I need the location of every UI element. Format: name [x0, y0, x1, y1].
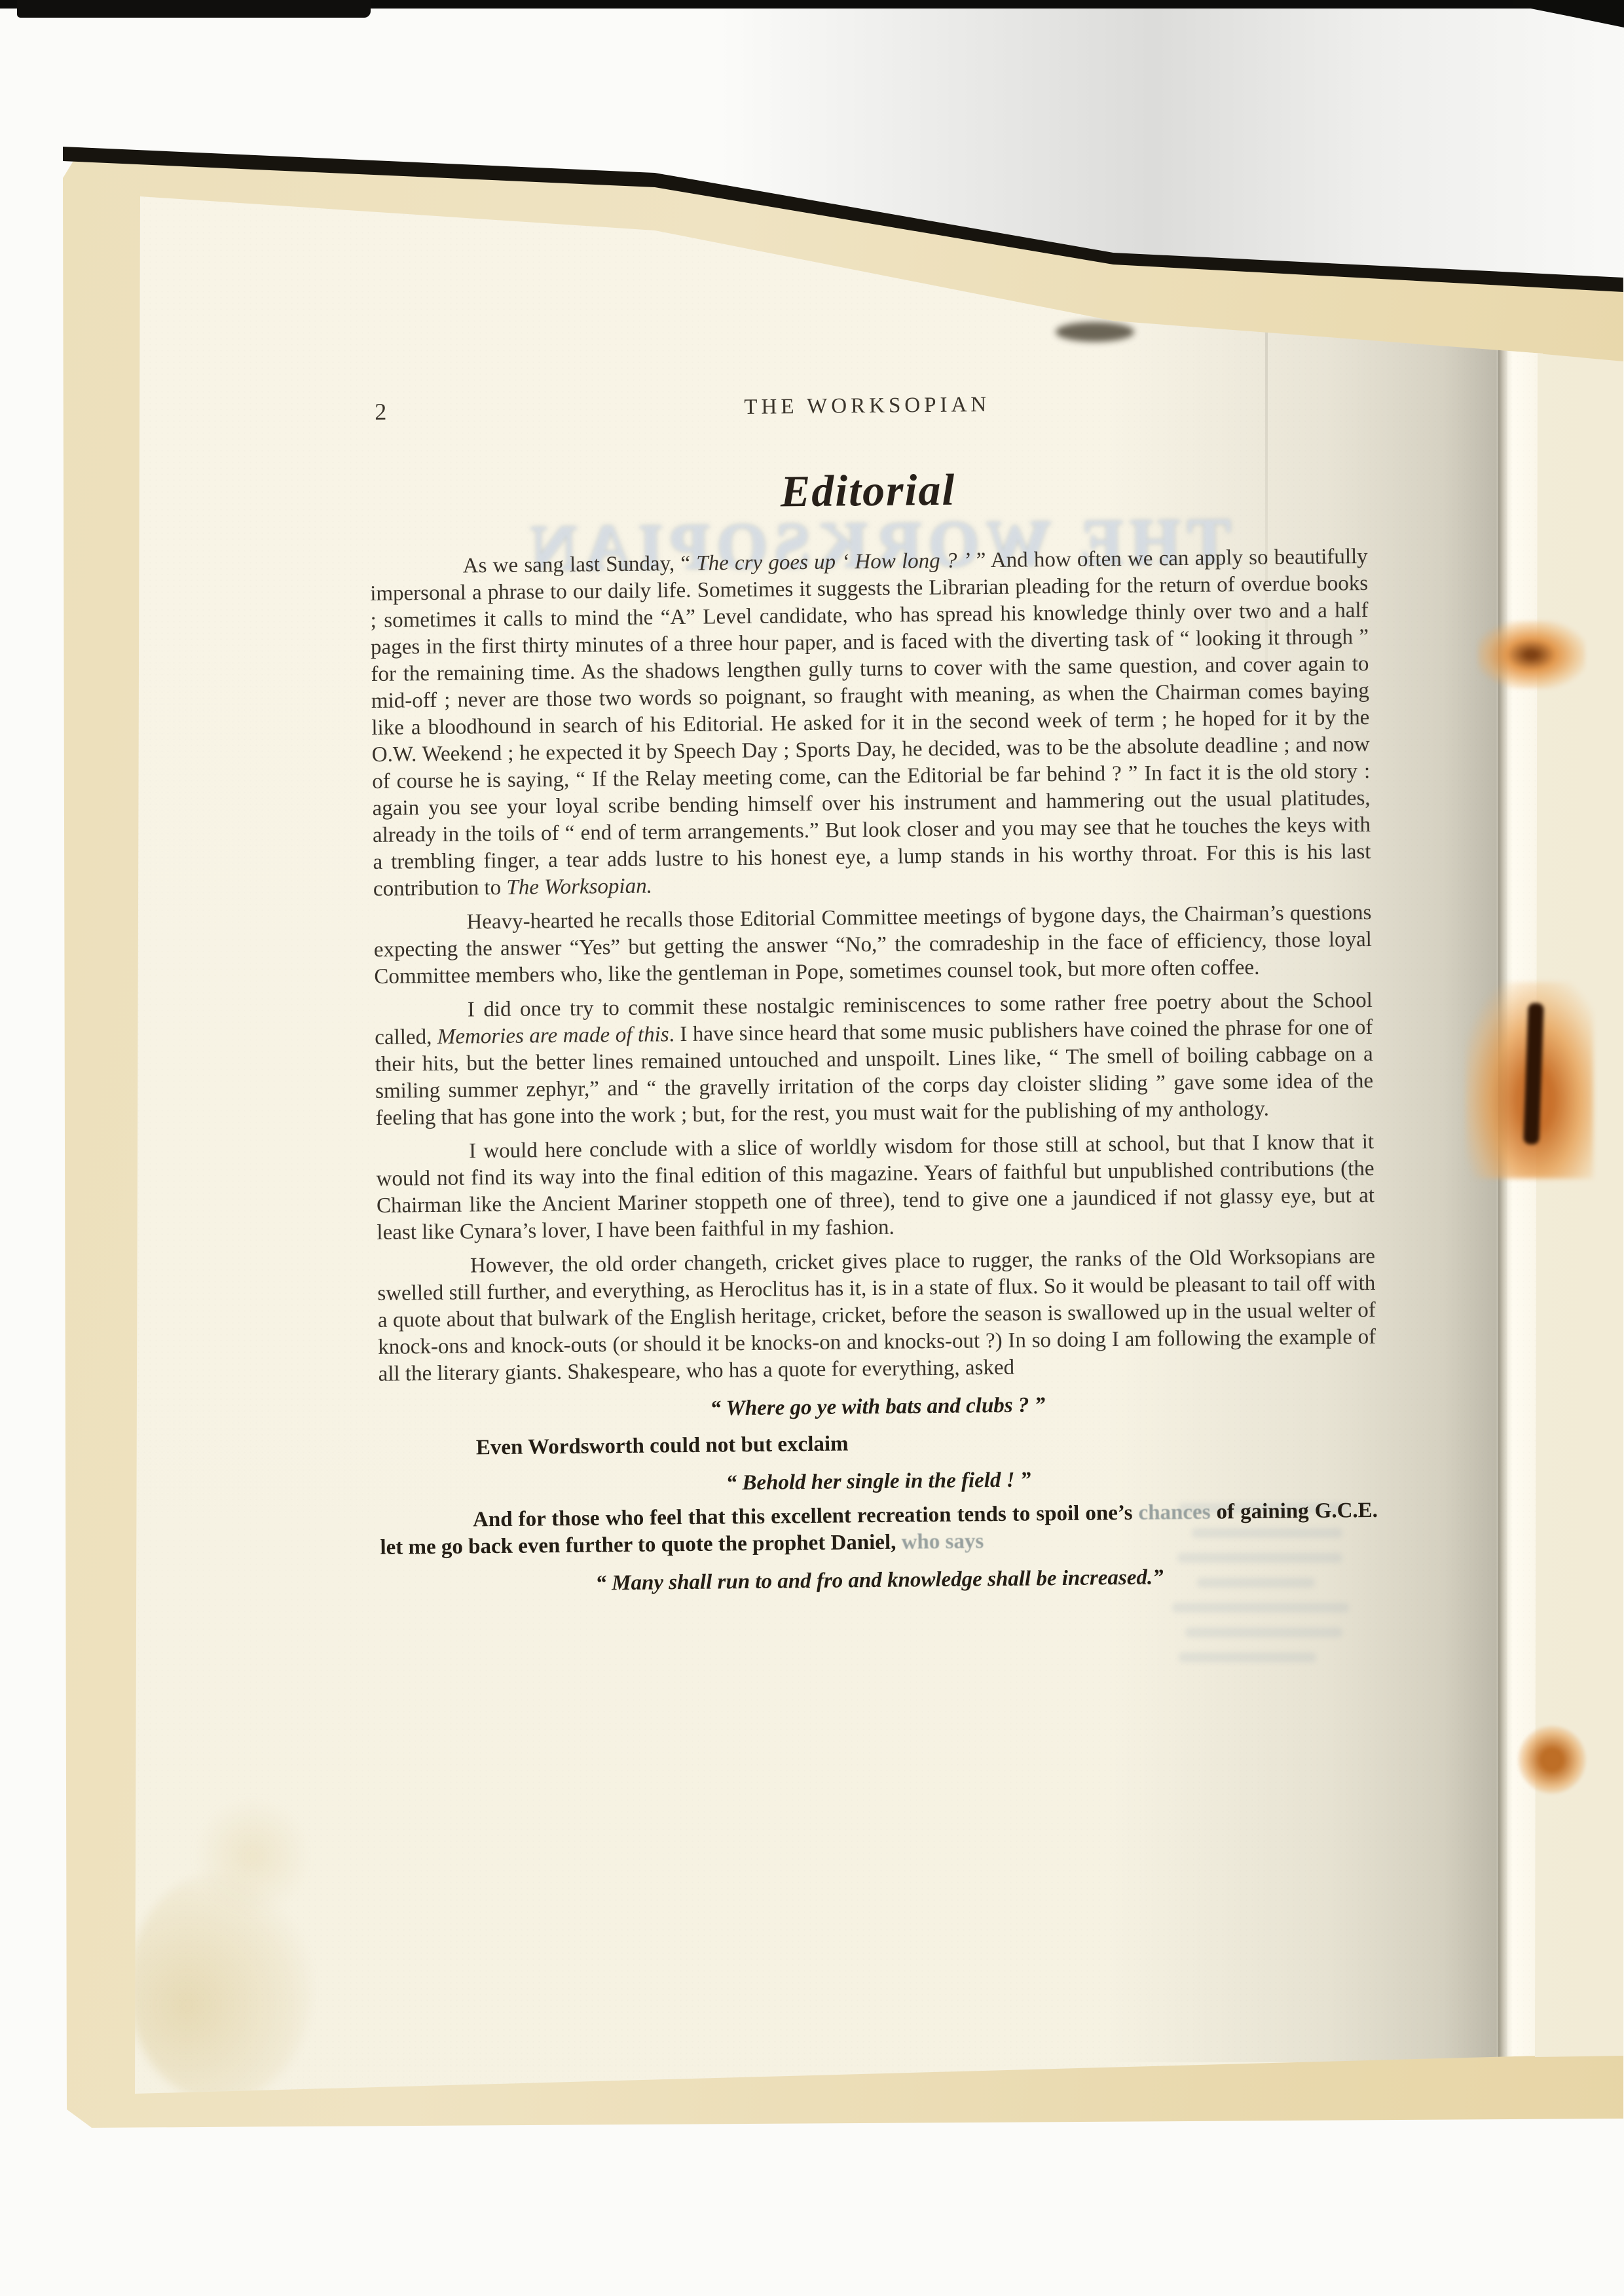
- editorial-paragraph: I would here conclude with a slice of wo…: [376, 1129, 1375, 1247]
- quotation-line: “ Behold her single in the field ! ”: [379, 1463, 1377, 1501]
- editorial-paragraph: As we sang last Sunday, “ The cry goes u…: [370, 543, 1371, 903]
- page-number: 2: [375, 398, 386, 426]
- editorial-body: As we sang last Sunday, “ The cry goes u…: [370, 543, 1379, 1603]
- quotation-line: “ Where go ye with bats and clubs ? ”: [378, 1389, 1376, 1426]
- running-head: THE WORKSOPIAN: [368, 389, 1366, 424]
- editorial-paragraph: And for those who feel that this excelle…: [380, 1497, 1378, 1561]
- page-curl-shadow: [1107, 216, 1507, 2062]
- editorial-paragraph: Even Wordsworth could not but exclaim: [379, 1425, 1377, 1463]
- page-top-edge-smudge: [1056, 322, 1134, 342]
- editorial-paragraph: Heavy-hearted he recalls those Editorial…: [373, 900, 1372, 991]
- water-stain-bottom-left-upper: [196, 1794, 308, 1918]
- ghost-showthrough-lines: [1159, 1503, 1395, 1680]
- water-stain-bottom-left: [128, 1872, 312, 2102]
- magazine-page: THE WORKSOPIAN 2 THE WORKSOPIAN Editoria…: [0, 0, 1624, 2296]
- scanned-magazine-page: { "palette": { "scanner": "#fbfbf9", "co…: [0, 0, 1624, 2296]
- page-vertical-crease: [1265, 282, 1268, 753]
- editorial-paragraph: I did once try to commit these nostalgic…: [375, 987, 1374, 1132]
- quotation-line: “ Many shall run to and fro and knowledg…: [380, 1562, 1378, 1599]
- scanner-black-strip-top-left: [17, 0, 371, 18]
- editorial-paragraph: However, the old order changeth, cricket…: [377, 1243, 1376, 1388]
- page-content: 2 THE WORKSOPIAN Editorial As we sang la…: [368, 382, 1366, 393]
- page-title: Editorial: [369, 460, 1367, 522]
- rust-stain-bottom: [1518, 1726, 1586, 1794]
- ghost-showthrough-title: THE WORKSOPIAN: [458, 507, 1297, 581]
- rust-stain-top: [1477, 621, 1585, 689]
